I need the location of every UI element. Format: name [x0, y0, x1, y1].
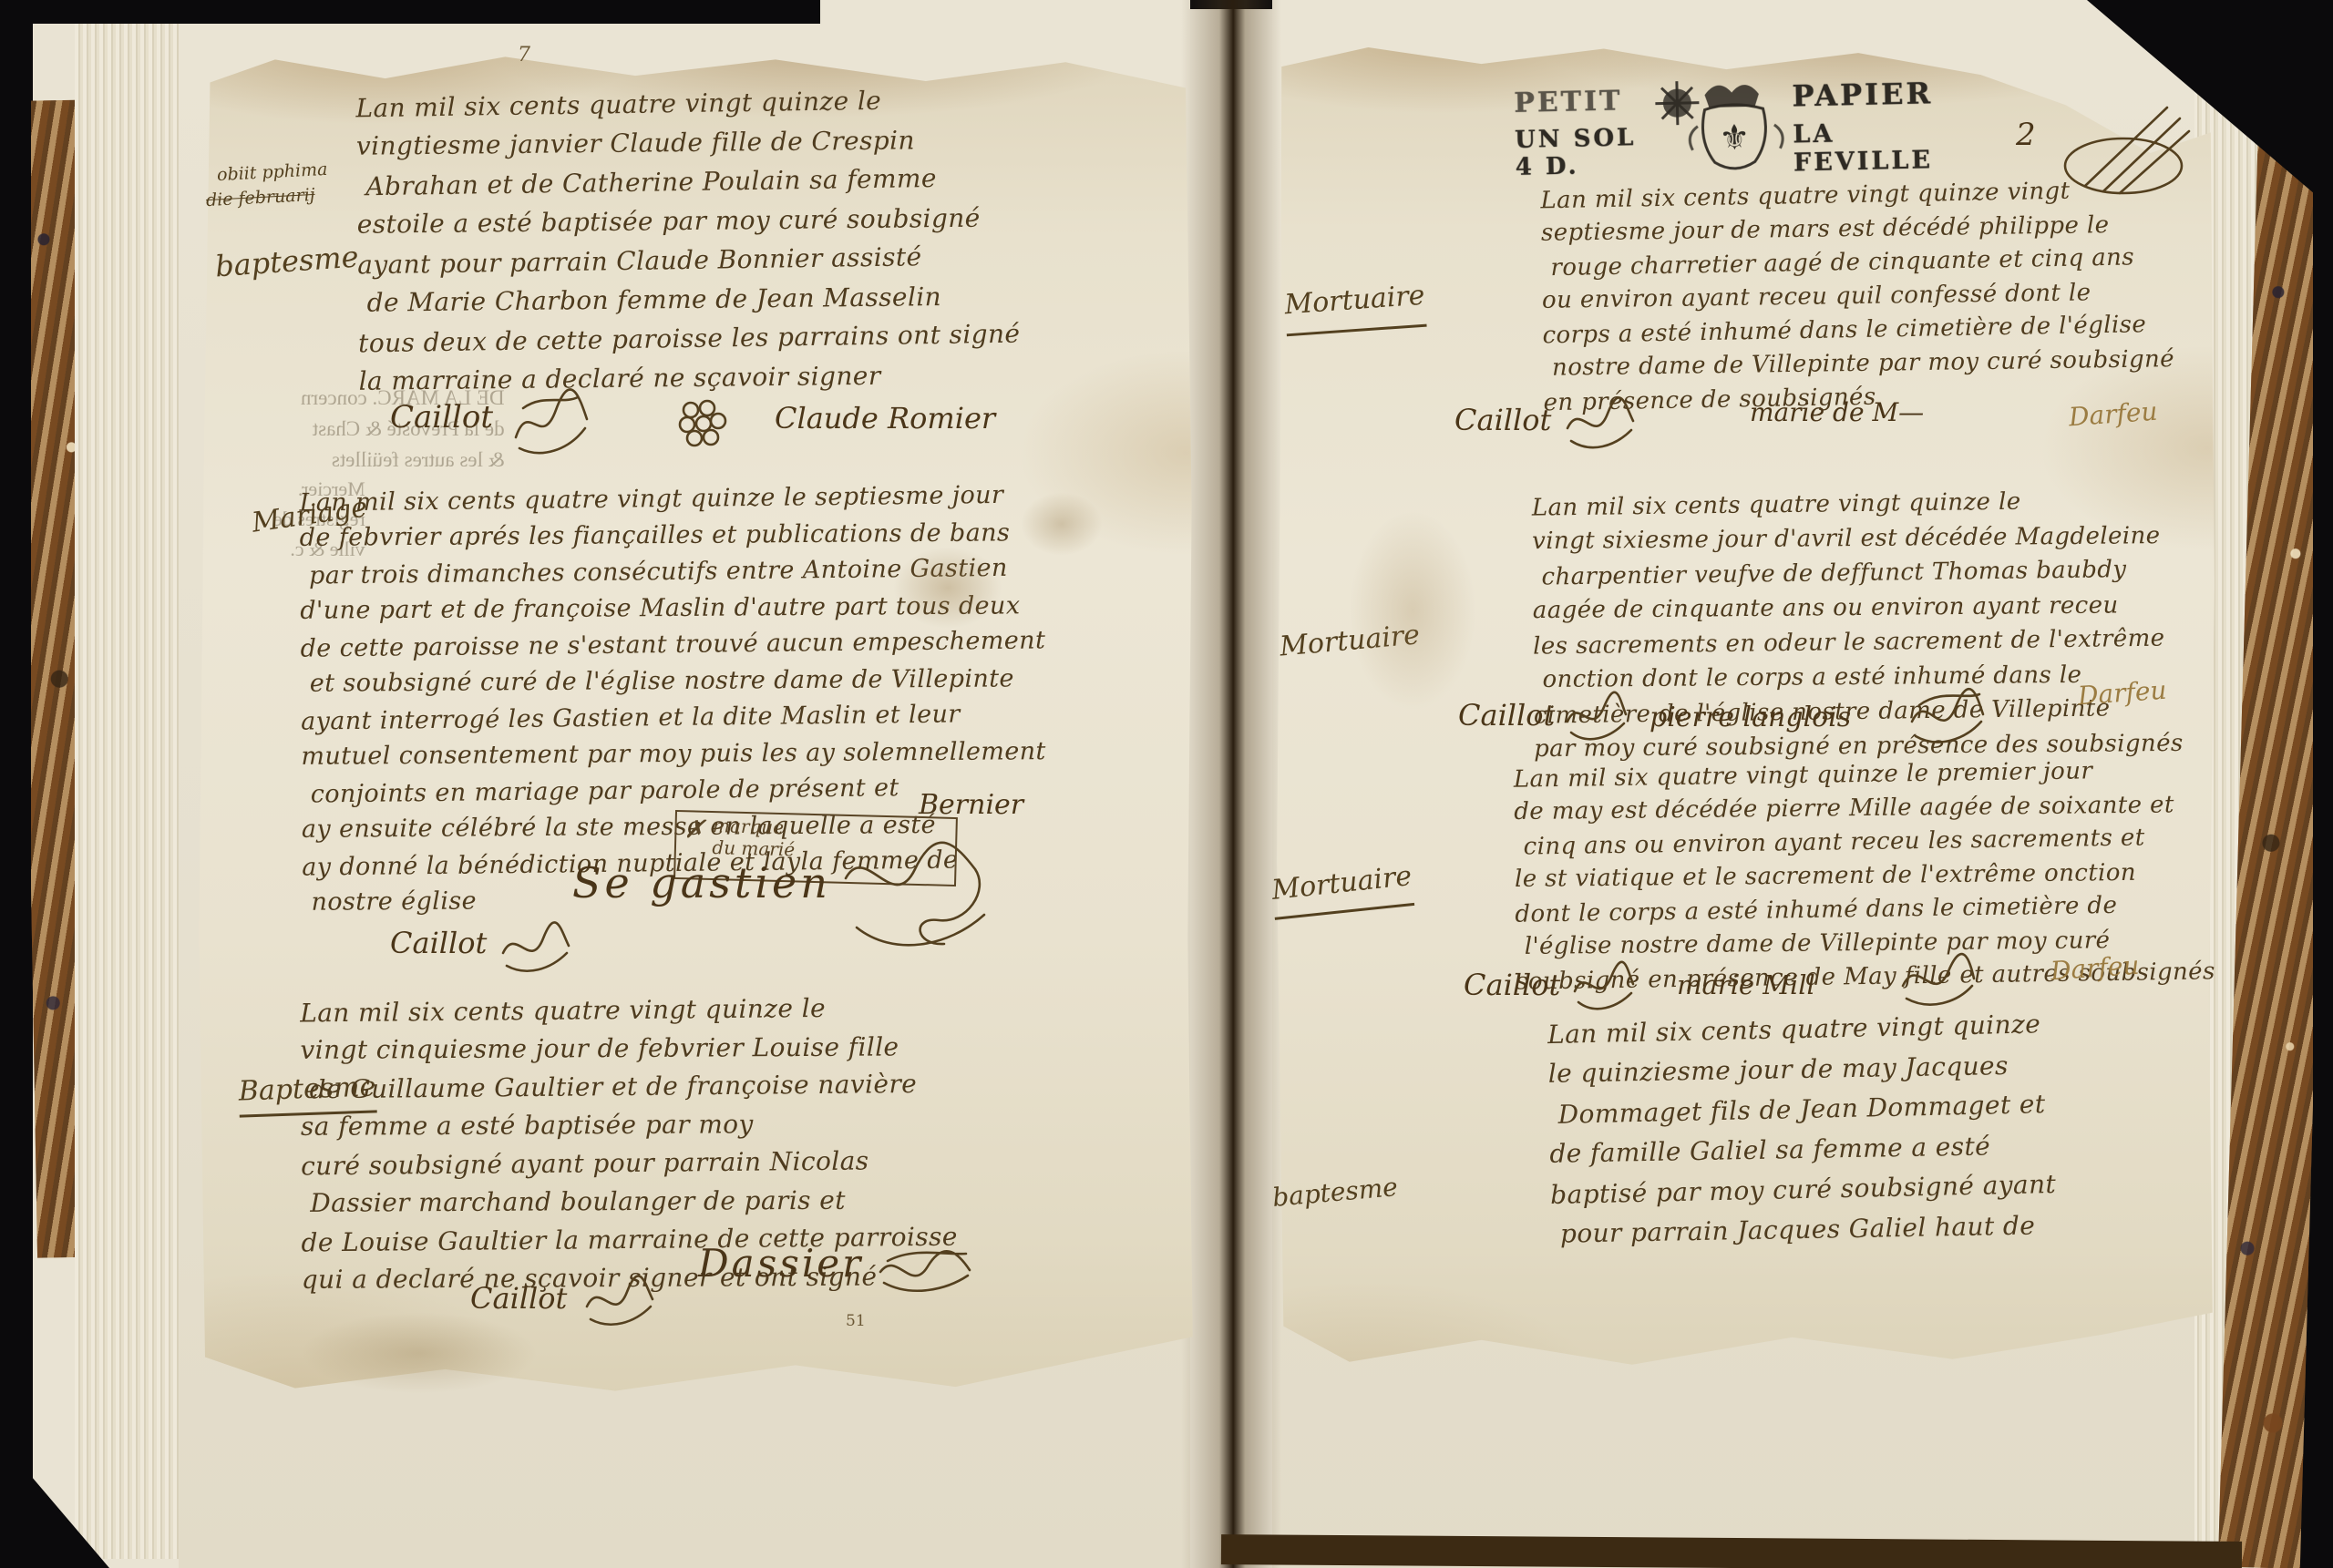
manuscript-line: Dassier marchand boulanger de paris et [301, 1181, 957, 1223]
papier-timbre-stamp: PETIT UN SOL 4 D. ⚜ PAPIER L [1514, 67, 1945, 192]
marque-cross: ✗ [683, 814, 705, 845]
stamp-word-unsol: UN SOL 4 D. [1515, 123, 1649, 180]
folio-mark-51: 51 [846, 1312, 866, 1330]
manuscript-line: de Guillaume Gaultier et de françoise na… [300, 1065, 957, 1110]
signature-caillot-r3: Caillot [1464, 968, 1560, 1002]
signature-se-gastien: Se gastien [572, 858, 831, 907]
backdrop-left-strip [0, 0, 31, 1568]
signature-bernier: Bernier [919, 789, 1023, 821]
stamp-word-petit: PETIT [1514, 84, 1647, 118]
signature-darfeu-3: Darfeu [2050, 950, 2141, 987]
signature-pierre-langlois: pierre langlois [1650, 702, 1851, 733]
paraph-flourish [1564, 397, 1637, 459]
left-entry-1-baptism: Lan mil six cents quatre vingt quinze le… [355, 80, 1021, 401]
paraph-dassier [875, 1246, 975, 1301]
manuscript-line: vingt cinquiesme jour de febvrier Louise… [300, 1028, 956, 1070]
paraph-flourish [583, 1276, 656, 1334]
signature-marie-mill: marie Mill [1677, 969, 1815, 1000]
manuscript-line: curé soubsigné ayant pour parrain Nicola… [301, 1142, 958, 1186]
signature-caillot-1: Caillot [390, 399, 493, 436]
signature-caillot-r1: Caillot [1454, 403, 1551, 437]
stamp-royal-arms: ⚜ [1646, 70, 1794, 190]
signature-caillot-3: Caillot [470, 1281, 567, 1316]
paraph-langlois [1905, 685, 1987, 753]
manuscript-line: & les autres feüillets [301, 445, 505, 476]
margin-note-mortuaire-1: Mortuaire [1283, 280, 1426, 337]
manuscript-line: la marraine a declaré ne sçavoir signer [358, 354, 1021, 401]
signature-darfeu-2: Darfeu [2077, 675, 2168, 712]
photographed-manuscript-book: DE LA MARC. concernde la Prevosté & Chas… [0, 0, 2333, 1568]
stamp-word-papier: PAPIER [1792, 76, 1942, 113]
old-folio-mark: 7 [518, 44, 530, 67]
paraph-flourish [510, 392, 592, 459]
right-entry-2-mortuaire: Lan mil six cents quatre vingt quinze le… [1532, 484, 2184, 766]
signature-marie-m: marie de M— [1750, 397, 1924, 427]
backdrop-top-strip [0, 0, 820, 24]
page-number: 2 [2016, 117, 2036, 153]
stamp-word-lafeuille: LA FEVILLE [1793, 118, 1944, 177]
signature-claude-romier: Claude Romier [775, 401, 995, 436]
right-entry-1-mortuaire: Lan mil six cents quatre vingt quinze vi… [1540, 174, 2175, 419]
book-gutter [1181, 0, 1281, 1568]
signature-dassier: Dassier [698, 1241, 863, 1286]
svg-text:⚜: ⚜ [1719, 118, 1751, 159]
paraph-flourish [499, 922, 572, 980]
paraph-flourish [1564, 692, 1628, 751]
signature-darfeu-1: Darfeu [2068, 396, 2159, 433]
right-entry-4-baptism: Lan mil six cents quatre vingt quinzele … [1547, 1005, 2058, 1255]
paraph-gastien [838, 836, 993, 958]
backdrop-right-strip [2313, 0, 2333, 1568]
manuscript-line: Lan mil six cents quatre vingt quinze le [300, 989, 957, 1033]
ink-knot-mark [676, 399, 731, 454]
signature-caillot-r2: Caillot [1458, 698, 1555, 733]
signature-caillot-2: Caillot [390, 926, 487, 960]
manuscript-line: sa femme a esté baptisée par moy [301, 1104, 957, 1146]
